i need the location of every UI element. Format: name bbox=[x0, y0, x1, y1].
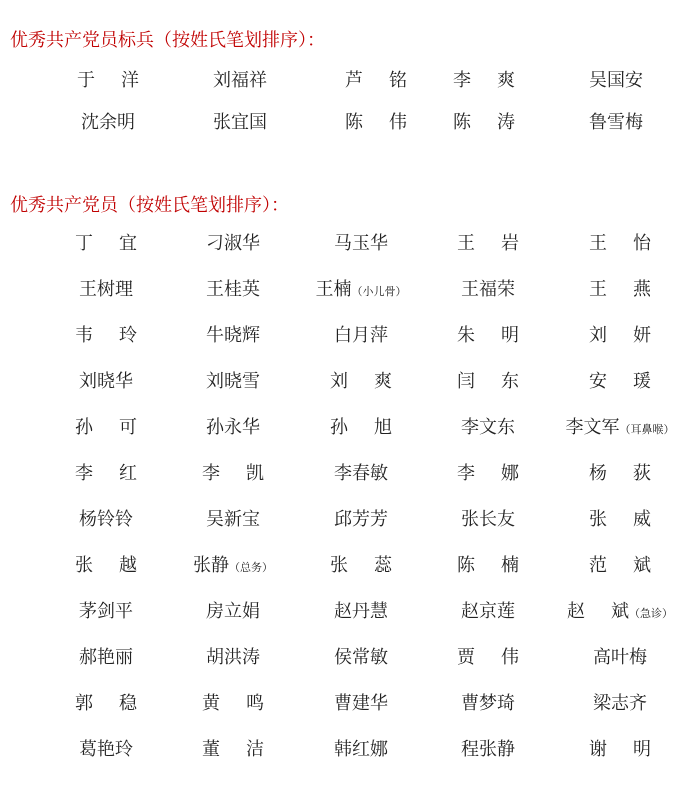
heading-excellent-members: 优秀共产党员（按姓氏笔划排序）： bbox=[10, 195, 289, 217]
member-name: 刘爽 bbox=[330, 371, 392, 393]
member-name: 曹建华 bbox=[334, 693, 388, 715]
member-name: 程张静 bbox=[461, 739, 515, 761]
member-name: 赵丹慧 bbox=[334, 601, 388, 623]
member-name: 韦玲 bbox=[75, 325, 137, 347]
member-name: 王福荣 bbox=[461, 279, 515, 301]
member-name: 牛晓辉 bbox=[206, 325, 260, 347]
heading-model-members: 优秀共产党员标兵（按姓氏笔划排序）： bbox=[10, 30, 325, 52]
member-name: 曹梦琦 bbox=[461, 693, 515, 715]
member-name: 侯常敏 bbox=[334, 647, 388, 669]
member-name: 赵京莲 bbox=[461, 601, 515, 623]
member-name: 孙旭 bbox=[330, 417, 392, 439]
member-name: 黄鸣 bbox=[202, 693, 264, 715]
member-name: 李文东 bbox=[461, 417, 515, 439]
member-name: 张长友 bbox=[461, 509, 515, 531]
member-name: 王怡 bbox=[589, 233, 651, 255]
member-name: 张蕊 bbox=[330, 555, 392, 577]
member-name: 李凯 bbox=[202, 463, 264, 485]
member-name: 韩红娜 bbox=[334, 739, 388, 761]
member-name: 杨荻 bbox=[589, 463, 651, 485]
member-name: 葛艳玲 bbox=[79, 739, 133, 761]
member-name: 胡洪涛 bbox=[206, 647, 260, 669]
member-name: 李春敏 bbox=[334, 463, 388, 485]
member-name: 董洁 bbox=[202, 739, 264, 761]
member-name: 马玉华 bbox=[334, 233, 388, 255]
member-name: 王岩 bbox=[457, 233, 519, 255]
member-name: 张威 bbox=[589, 509, 651, 531]
member-name: 陈涛 bbox=[453, 112, 515, 134]
member-name: 刘晓华 bbox=[79, 371, 133, 393]
member-name: 安瑗 bbox=[589, 371, 651, 393]
member-name: 沈余明 bbox=[81, 112, 135, 134]
member-name: 吴新宝 bbox=[206, 509, 260, 531]
department-note: （总务） bbox=[229, 561, 273, 574]
member-name: 闫东 bbox=[457, 371, 519, 393]
member-name: 郝艳丽 bbox=[79, 647, 133, 669]
member-name: 王桂英 bbox=[206, 279, 260, 301]
member-name: 朱明 bbox=[457, 325, 519, 347]
member-name: 鲁雪梅 bbox=[589, 112, 643, 134]
member-name: 房立娟 bbox=[206, 601, 260, 623]
member-name: 张静（总务） bbox=[193, 555, 273, 579]
member-name: 陈楠 bbox=[457, 555, 519, 577]
department-note: （耳鼻喉） bbox=[620, 423, 675, 436]
member-name: 王树理 bbox=[79, 279, 133, 301]
member-name: 孙永华 bbox=[206, 417, 260, 439]
member-name: 李文军（耳鼻喉） bbox=[566, 417, 675, 441]
member-name: 吴国安 bbox=[589, 70, 643, 92]
member-name: 谢明 bbox=[589, 739, 651, 761]
member-name: 李红 bbox=[75, 463, 137, 485]
department-note: （急诊） bbox=[629, 607, 673, 620]
member-name: 孙可 bbox=[75, 417, 137, 439]
member-name: 赵斌（急诊） bbox=[567, 601, 673, 625]
member-name: 刘福祥 bbox=[213, 70, 267, 92]
member-name: 陈伟 bbox=[345, 112, 407, 134]
member-name: 丁宜 bbox=[75, 233, 137, 255]
member-name: 李娜 bbox=[457, 463, 519, 485]
member-name: 芦铭 bbox=[345, 70, 407, 92]
member-name: 张越 bbox=[75, 555, 137, 577]
member-name: 范斌 bbox=[589, 555, 651, 577]
member-name: 刘妍 bbox=[589, 325, 651, 347]
member-name: 王燕 bbox=[589, 279, 651, 301]
member-name: 茅剑平 bbox=[79, 601, 133, 623]
department-note: （小儿骨） bbox=[352, 285, 407, 298]
member-name: 李爽 bbox=[453, 70, 515, 92]
member-name: 邱芳芳 bbox=[334, 509, 388, 531]
member-name: 高叶梅 bbox=[593, 647, 647, 669]
member-name: 贾伟 bbox=[457, 647, 519, 669]
member-name: 于洋 bbox=[77, 70, 139, 92]
member-name: 刁淑华 bbox=[206, 233, 260, 255]
member-name: 王楠（小儿骨） bbox=[316, 279, 407, 303]
member-name: 刘晓雪 bbox=[206, 371, 260, 393]
member-name: 梁志齐 bbox=[593, 693, 647, 715]
member-name: 郭稳 bbox=[75, 693, 137, 715]
member-name: 白月萍 bbox=[334, 325, 388, 347]
member-name: 张宜国 bbox=[213, 112, 267, 134]
member-name: 杨铃铃 bbox=[79, 509, 133, 531]
